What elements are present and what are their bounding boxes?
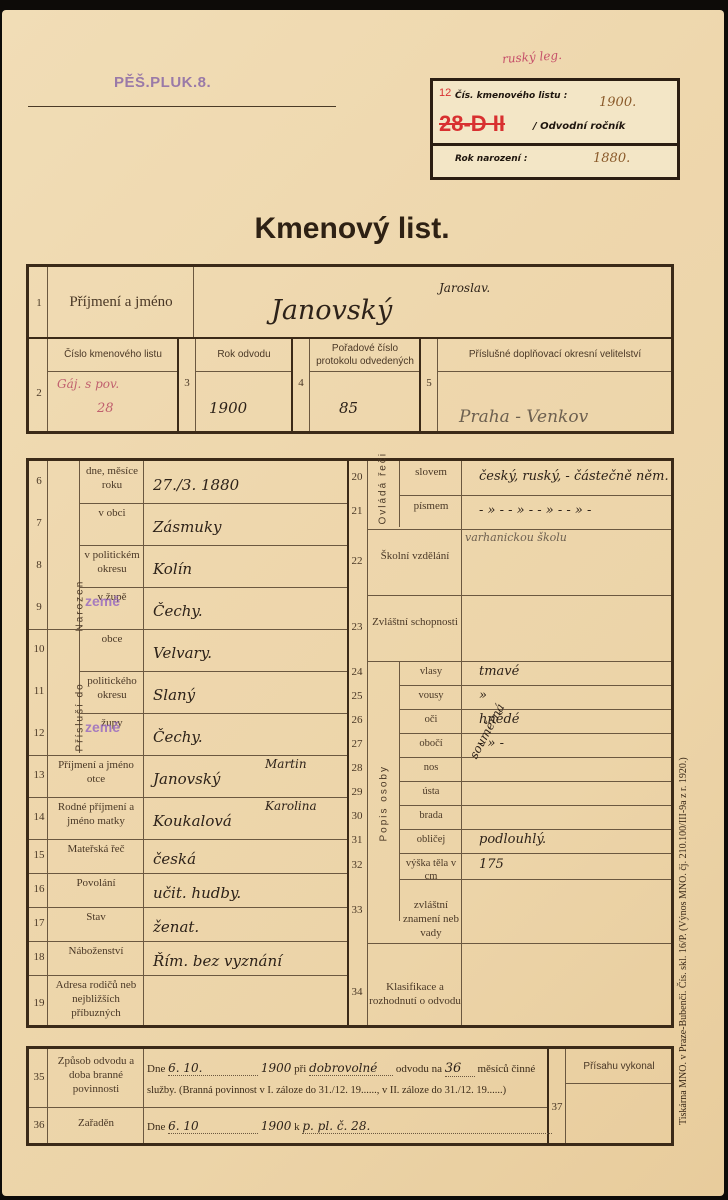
printer-imprint: Tiskárna MNO. v Praze-Bubenči. Čís. skl.… — [678, 757, 689, 1125]
district-command-header: Příslušné doplňovací okresní velitelství — [439, 349, 671, 362]
field-number: 26 — [347, 714, 367, 726]
protocol-number-header: Pořadové číslo protokolu odvedených — [311, 343, 419, 368]
field-value: podlouhlý. — [479, 832, 546, 847]
sheet-number-header: Číslo kmenového listu — [49, 349, 177, 362]
field-value-given-name: Martin — [265, 757, 307, 771]
field-label: Stav — [49, 911, 143, 925]
section-identity: 1 Příjmení a jméno Janovský Jaroslav. Čí… — [26, 264, 674, 434]
field-label: obce — [81, 633, 143, 647]
field-number: 6 — [29, 475, 49, 487]
field-label: vlasy — [401, 665, 461, 678]
field-label: Klasifikace a rozhodnutí o odvodu — [369, 981, 461, 1009]
protocol-number-value: 85 — [339, 399, 358, 417]
field-value: Zásmuky — [153, 518, 222, 536]
assigned-label: Zařaděn — [49, 1117, 143, 1131]
born-group-label: Narozen — [75, 522, 86, 632]
field-number: 12 — [29, 727, 49, 739]
field-number: 2 — [29, 387, 49, 399]
birth-year-value: 1880. — [593, 151, 630, 166]
field-label: ústa — [401, 785, 461, 798]
section-service: 35 Způsob odvodu a doba branné povinnost… — [26, 1046, 674, 1146]
conscription-year-value: 1900 — [209, 399, 247, 417]
field-number: 35 — [29, 1071, 49, 1083]
field-label: dne, měsíce roku — [81, 465, 143, 493]
field-value: Čechy. — [153, 728, 203, 746]
field-label: Náboženství — [49, 945, 143, 959]
field-value: 175 — [479, 857, 504, 872]
field-label: písmem — [401, 500, 461, 514]
field-label: oči — [401, 713, 461, 726]
field-value: Koukalová — [153, 812, 232, 830]
field-value: varhanickou školu — [465, 531, 567, 544]
field-number: 14 — [29, 811, 49, 823]
field-label: vousy — [401, 689, 461, 702]
field-number: 5 — [419, 377, 439, 389]
field-value: tmavé — [479, 664, 519, 679]
field-number: 28 — [347, 762, 367, 774]
field-value: česká — [153, 850, 196, 868]
field-number: 16 — [29, 883, 49, 895]
sheet-number-label: Čís. kmenového listu : — [455, 91, 567, 101]
assigned-line: Dne 6. 10 1900 k p. pl. č. 28. — [147, 1119, 552, 1134]
field-number: 22 — [347, 555, 367, 567]
sheet-number-value-2: 28 — [97, 401, 114, 416]
field-label: nos — [401, 761, 461, 774]
field-number: 30 — [347, 810, 367, 822]
field-number: 36 — [29, 1119, 49, 1131]
sheet-number-value: Gáj. s pov. — [57, 377, 119, 391]
field-number: 9 — [29, 601, 49, 613]
field-number: 18 — [29, 951, 49, 963]
field-number: 11 — [29, 685, 49, 697]
field-value: Kolín — [153, 560, 192, 578]
field-number: 3 — [177, 377, 197, 389]
top-rule — [28, 106, 336, 107]
field-number: 25 — [347, 690, 367, 702]
field-number: 1 — [29, 297, 49, 309]
field-value: Slaný — [153, 686, 195, 704]
field-number: 20 — [347, 471, 367, 483]
struck-number: 12 — [439, 87, 451, 99]
field-label: v obci — [81, 507, 143, 521]
oath-label: Přísahu vykonal — [567, 1061, 671, 1074]
field-value: Janovský — [153, 770, 220, 788]
field-value: souměrná — [467, 701, 508, 761]
surname-value: Janovský — [271, 295, 392, 326]
description-group-label: Popis osoby — [379, 732, 390, 842]
field-number: 13 — [29, 769, 49, 781]
field-label: politického okresu — [81, 675, 143, 703]
field-label: výška těla v cm — [401, 857, 461, 883]
field-number: 27 — [347, 738, 367, 750]
assigned-date-year: 1900 — [261, 1119, 292, 1133]
field-label: Rodné příjmení a jméno matky — [49, 801, 143, 829]
field-number: 37 — [547, 1101, 567, 1113]
conscription-year-header: Rok odvodu — [197, 349, 291, 362]
field-number: 34 — [347, 986, 367, 998]
conscription-mode: dobrovolné — [309, 1061, 393, 1076]
field-number: 15 — [29, 849, 49, 861]
struck-sheet-code: 28-D II — [439, 111, 505, 137]
birth-year-label: Rok narození : — [455, 154, 527, 164]
field-label: obočí — [401, 737, 461, 750]
assigned-date: 6. 10 — [168, 1119, 258, 1134]
district-command-value: Praha - Venkov — [459, 407, 588, 427]
field-label: Příjmení a jméno otce — [49, 759, 143, 787]
form-sheet: PĚŠ.PLUK.8. ruský leg. 12 Čís. kmenového… — [2, 10, 724, 1196]
field-value: - » - - » - - » - - » - — [479, 503, 591, 518]
field-value: 27./3. 1880 — [153, 476, 239, 494]
service-months: 36 — [445, 1061, 475, 1077]
conscription-year-value: 1900. — [599, 95, 636, 110]
field-number: 23 — [347, 621, 367, 633]
conscription-date: 6. 10. — [168, 1061, 258, 1076]
field-number: 24 — [347, 666, 367, 678]
field-label: zvláštní znamení neb vady — [401, 899, 461, 940]
assigned-unit: p. pl. č. 28. — [302, 1119, 552, 1134]
regiment-stamp: PĚŠ.PLUK.8. — [114, 74, 211, 91]
name-label: Příjmení a jméno — [53, 293, 189, 312]
top-note: ruský leg. — [502, 48, 563, 66]
field-value: český, ruský, - částečně něm. — [479, 469, 669, 484]
field-value: učit. hudby. — [153, 884, 241, 902]
reserve-obligation-text: služby. (Branná povinnost v I. záloze do… — [147, 1085, 506, 1096]
page-title: Kmenový list. — [2, 212, 702, 246]
field-number: 29 — [347, 786, 367, 798]
label-box-divider — [433, 143, 677, 146]
field-label: Adresa rodičů neb nejbližších příbuzných — [49, 979, 143, 1020]
field-value: » — [479, 688, 487, 703]
field-label: Školní vzdělání — [369, 550, 461, 564]
field-number: 10 — [29, 643, 49, 655]
field-label: v politickém okresu — [81, 549, 143, 577]
field-label: Zvláštní schopnosti — [369, 616, 461, 630]
field-number: 4 — [291, 377, 311, 389]
field-number: 17 — [29, 917, 49, 929]
field-value: ženat. — [153, 918, 199, 936]
service-mode-line1: Dne 6. 10. 1900 při dobrovolné odvodu na… — [147, 1061, 535, 1077]
field-value: Řím. bez vyznání — [153, 952, 282, 970]
conscription-year-label: / Odvodní ročník — [533, 121, 625, 132]
field-label: brada — [401, 809, 461, 822]
given-name-value: Jaroslav. — [439, 281, 490, 295]
field-number: 7 — [29, 517, 49, 529]
languages-group-label: Ovládá řeči — [378, 461, 389, 525]
field-value-given-name: Karolina — [265, 799, 317, 813]
field-label: Povolání — [49, 877, 143, 891]
field-value: Velvary. — [153, 644, 212, 662]
correction-stamp: země — [85, 719, 120, 735]
section-personal-details: Narozen Přísluší do Ovládá řeči Popis os… — [26, 458, 674, 1028]
field-value: Čechy. — [153, 602, 203, 620]
field-label: Mateřská řeč — [49, 843, 143, 857]
field-number: 31 — [347, 834, 367, 846]
field-number: 8 — [29, 559, 49, 571]
field-label: slovem — [401, 466, 461, 480]
field-label: obličej — [401, 833, 461, 846]
conscription-date-year: 1900 — [261, 1061, 292, 1075]
correction-stamp: země — [85, 593, 120, 609]
field-number: 33 — [347, 904, 367, 916]
field-number: 32 — [347, 859, 367, 871]
index-label-box: 12 Čís. kmenového listu : 1900. 28-D II … — [430, 78, 680, 180]
field-number: 19 — [29, 997, 49, 1009]
service-mode-label: Způsob odvodu a doba branné povinnosti — [49, 1055, 143, 1096]
field-number: 21 — [347, 505, 367, 517]
